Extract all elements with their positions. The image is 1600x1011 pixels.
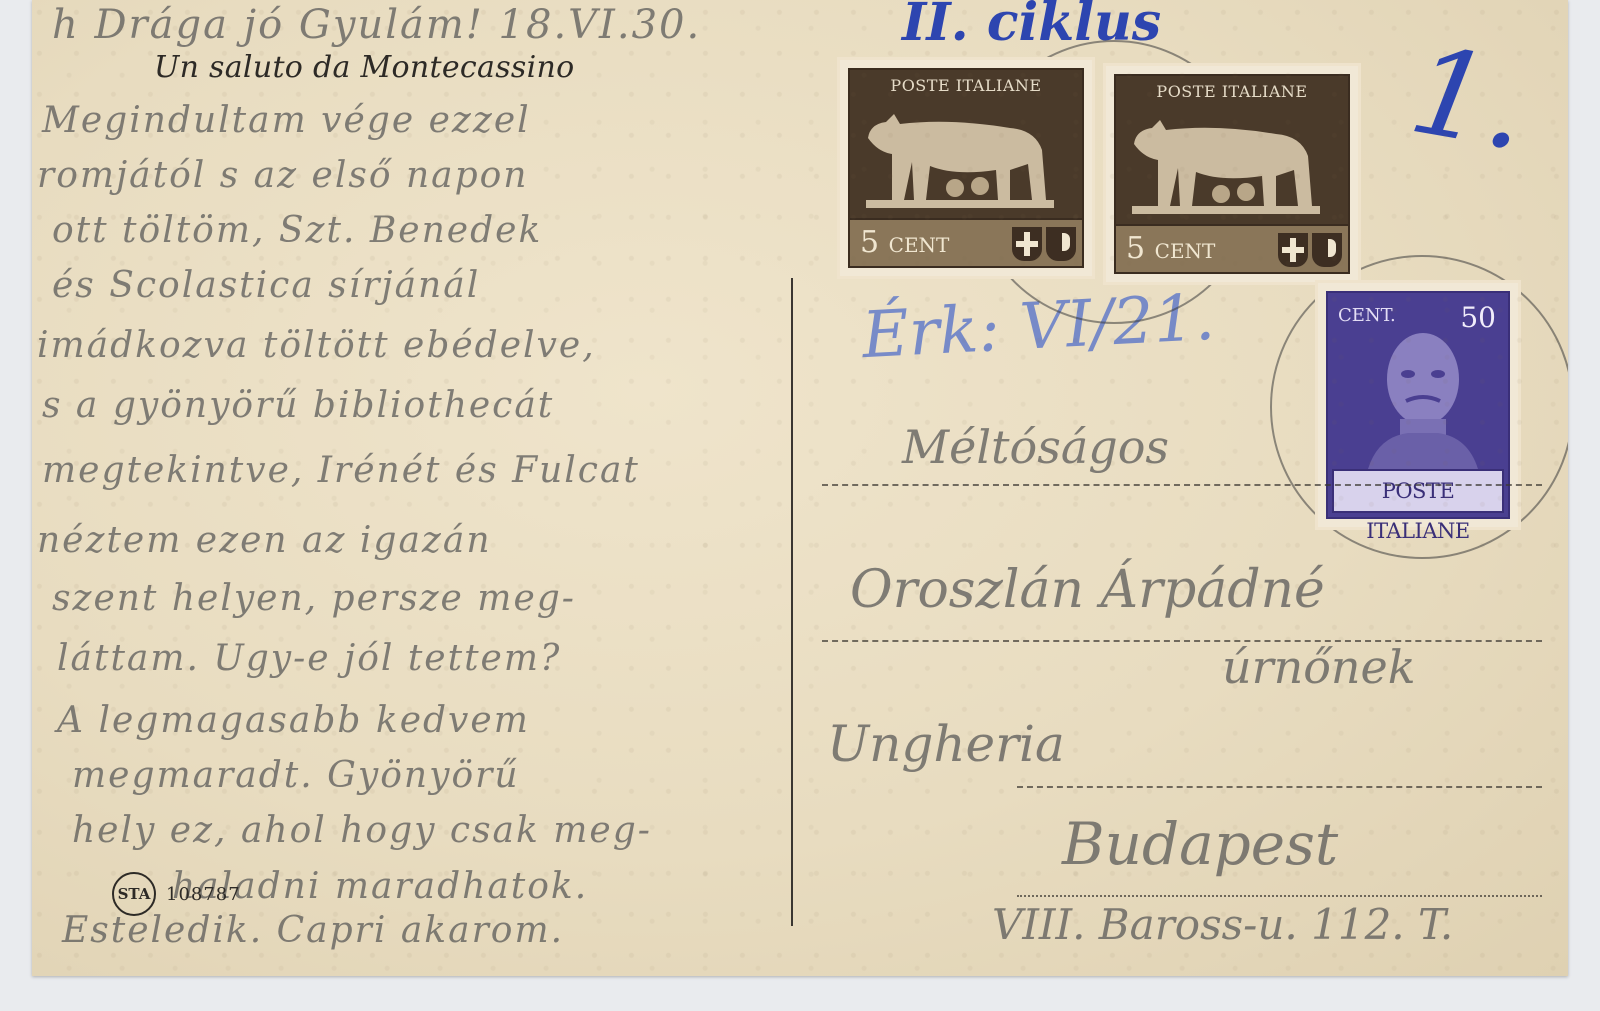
message-line: imádkozva töltött ebédelve, — [37, 325, 596, 366]
address-rule — [822, 640, 1542, 642]
address-name: Oroszlán Árpádné — [850, 560, 1325, 620]
address-rule — [822, 484, 1542, 486]
postcard: h Drága jó Gyulám! 18.VI.30. Un saluto d… — [32, 0, 1568, 976]
stamp-5-cent: POSTE ITALIANE 5 CENT — [1106, 66, 1358, 282]
message-line: s a gyönyörű bibliothecát — [42, 385, 554, 426]
address-salutation: Méltóságos — [902, 420, 1169, 474]
message-line: és Scolastica sírjánál — [52, 265, 480, 306]
fasces-shield-icon — [1312, 233, 1342, 267]
message-line: hely ez, ahol hogy csak meg- — [72, 810, 652, 851]
wolf-icon — [1126, 106, 1326, 216]
center-divider — [791, 278, 793, 926]
message-line: néztem ezen az igazán — [37, 520, 492, 561]
stamp-country: POSTE ITALIANE — [1332, 469, 1504, 513]
message-line: megmaradt. Gyönyörű — [72, 755, 520, 796]
message-line: ott töltöm, Szt. Benedek — [52, 210, 542, 251]
message-header: h Drága jó Gyulám! 18.VI.30. — [52, 2, 701, 48]
message-line: romjától s az első napon — [37, 155, 529, 196]
stamp-country: POSTE ITALIANE — [1116, 82, 1348, 101]
savoy-cross-icon — [1278, 233, 1308, 267]
king-portrait-icon — [1368, 319, 1478, 469]
annotation-corner-number: 1. — [1401, 21, 1538, 178]
address-street: VIII. Baross-u. 112. T. — [992, 900, 1453, 949]
stamp-50-cent: CENT. 50 POSTE ITALIANE — [1318, 283, 1518, 527]
publisher-mark: STA 108787 — [112, 872, 241, 916]
message-line: szent helyen, persze meg- — [52, 578, 576, 619]
savoy-cross-icon — [1012, 227, 1042, 261]
address-title: úrnőnek — [1222, 640, 1416, 694]
message-line: Esteledik. Capri akarom. — [62, 910, 564, 951]
postcard-title: Un saluto da Montecassino — [154, 50, 574, 85]
address-rule — [1017, 895, 1542, 897]
stamp-value: 5 CENT — [860, 225, 949, 260]
message-line: láttam. Ugy-e jól tettem? — [57, 638, 561, 679]
fasces-shield-icon — [1046, 227, 1076, 261]
address-country: Ungheria — [827, 715, 1065, 773]
message-line: A legmagasabb kedvem — [57, 700, 530, 741]
message-line: megtekintve, Irénét és Fulcat — [42, 450, 640, 491]
stamp-value: 5 CENT — [1126, 231, 1215, 266]
stamp-country: POSTE ITALIANE — [850, 76, 1082, 95]
stamp-5-cent: POSTE ITALIANE 5 CENT — [840, 60, 1092, 276]
wolf-icon — [860, 100, 1060, 210]
publisher-logo: STA — [112, 872, 156, 916]
message-line: Megindultam vége ezzel — [42, 100, 531, 141]
address-city: Budapest — [1062, 810, 1338, 878]
address-rule — [1017, 786, 1542, 788]
publisher-number: 108787 — [166, 884, 241, 905]
